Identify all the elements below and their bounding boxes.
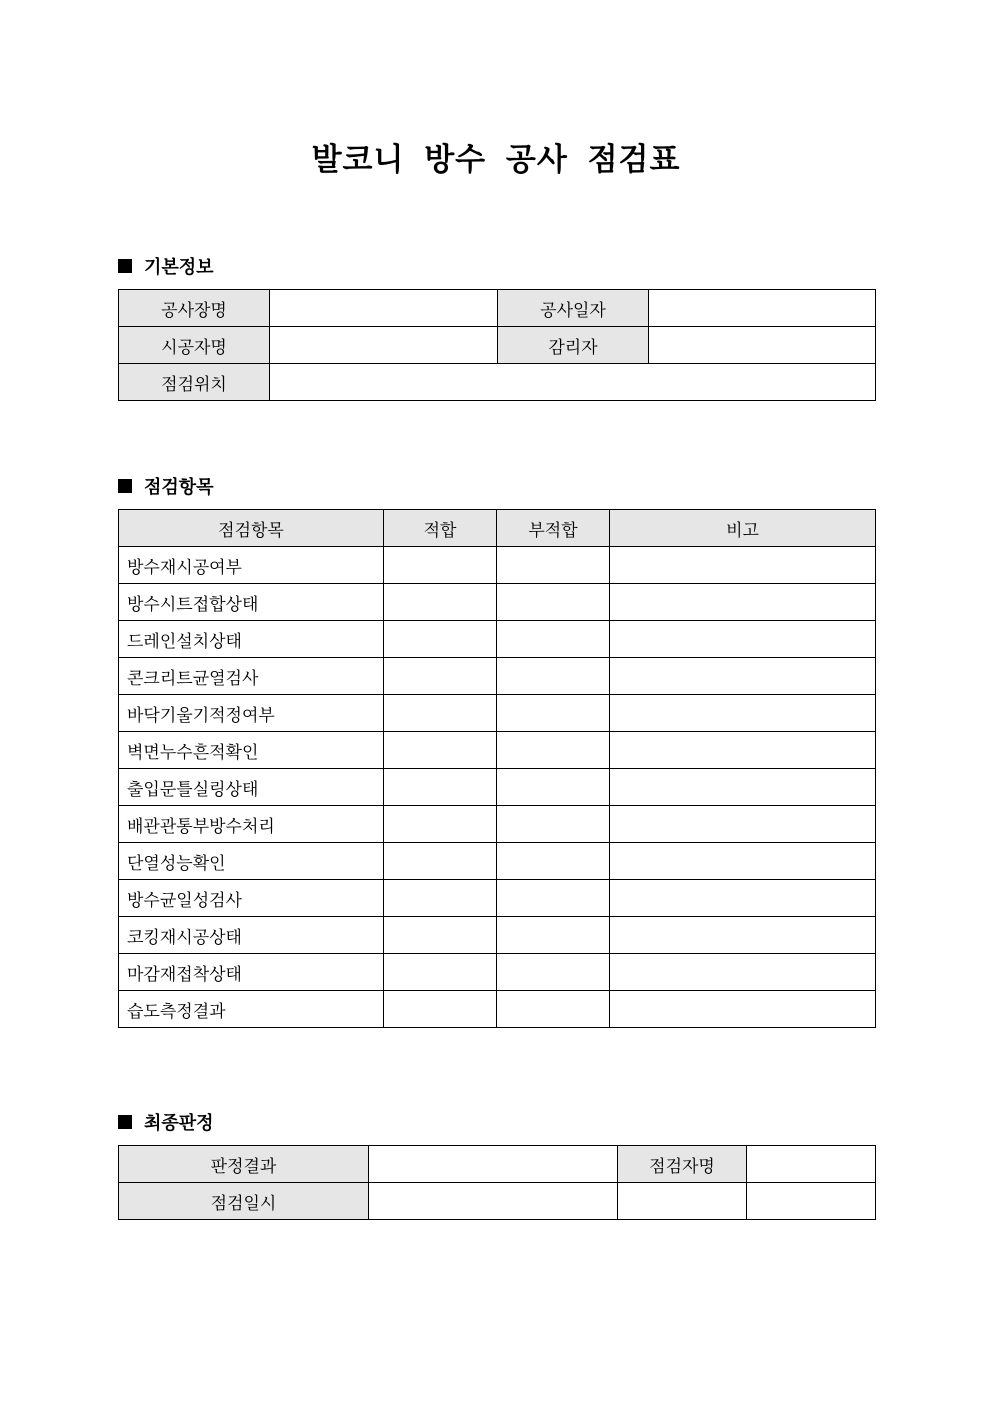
site-name-field[interactable] <box>270 290 498 327</box>
fail-cell[interactable] <box>497 991 610 1028</box>
table-row: 벽면누수흔적확인 <box>119 732 876 769</box>
blank-cell[interactable] <box>747 1183 876 1220</box>
supervisor-label: 감리자 <box>498 327 649 364</box>
pass-cell[interactable] <box>384 806 497 843</box>
blank-cell[interactable] <box>618 1183 747 1220</box>
inspection-location-label: 점검위치 <box>119 364 270 401</box>
note-cell[interactable] <box>610 547 876 584</box>
table-row: 점검일시 <box>119 1183 876 1220</box>
table-row: 단열성능확인 <box>119 843 876 880</box>
table-row: 방수시트접합상태 <box>119 584 876 621</box>
fail-cell[interactable] <box>497 769 610 806</box>
pass-cell[interactable] <box>384 695 497 732</box>
section-heading-inspection: 점검항목 <box>118 473 214 499</box>
inspection-datetime-field[interactable] <box>369 1183 618 1220</box>
column-header-pass: 적합 <box>384 510 497 547</box>
table-row: 습도측정결과 <box>119 991 876 1028</box>
square-bullet-icon <box>118 259 132 273</box>
fail-cell[interactable] <box>497 732 610 769</box>
note-cell[interactable] <box>610 732 876 769</box>
inspection-item: 단열성능확인 <box>119 843 384 880</box>
inspection-item: 방수시트접합상태 <box>119 584 384 621</box>
fail-cell[interactable] <box>497 695 610 732</box>
section-title: 기본정보 <box>144 253 214 279</box>
note-cell[interactable] <box>610 843 876 880</box>
table-row: 바닥기울기적정여부 <box>119 695 876 732</box>
table-row: 마감재접착상태 <box>119 954 876 991</box>
fail-cell[interactable] <box>497 880 610 917</box>
note-cell[interactable] <box>610 954 876 991</box>
site-name-label: 공사장명 <box>119 290 270 327</box>
construction-date-field[interactable] <box>649 290 876 327</box>
pass-cell[interactable] <box>384 769 497 806</box>
inspection-location-field[interactable] <box>270 364 876 401</box>
inspector-name-label: 점검자명 <box>618 1146 747 1183</box>
fail-cell[interactable] <box>497 806 610 843</box>
column-header-fail: 부적합 <box>497 510 610 547</box>
column-header-note: 비고 <box>610 510 876 547</box>
pass-cell[interactable] <box>384 584 497 621</box>
table-row: 출입문틀실링상태 <box>119 769 876 806</box>
judgment-result-field[interactable] <box>369 1146 618 1183</box>
inspection-item: 방수균일성검사 <box>119 880 384 917</box>
note-cell[interactable] <box>610 991 876 1028</box>
table-row: 방수균일성검사 <box>119 880 876 917</box>
section-heading-basic-info: 기본정보 <box>118 253 214 279</box>
note-cell[interactable] <box>610 769 876 806</box>
page-title: 발코니 방수 공사 점검표 <box>0 134 992 179</box>
pass-cell[interactable] <box>384 732 497 769</box>
note-cell[interactable] <box>610 806 876 843</box>
inspection-item: 바닥기울기적정여부 <box>119 695 384 732</box>
fail-cell[interactable] <box>497 843 610 880</box>
inspection-datetime-label: 점검일시 <box>119 1183 369 1220</box>
table-row: 점검위치 <box>119 364 876 401</box>
table-row: 콘크리트균열검사 <box>119 658 876 695</box>
table-header-row: 점검항목 적합 부적합 비고 <box>119 510 876 547</box>
fail-cell[interactable] <box>497 584 610 621</box>
square-bullet-icon <box>118 1115 132 1129</box>
note-cell[interactable] <box>610 695 876 732</box>
section-heading-final: 최종판정 <box>118 1109 214 1135</box>
inspection-item: 습도측정결과 <box>119 991 384 1028</box>
table-row: 시공자명 감리자 <box>119 327 876 364</box>
table-row: 방수재시공여부 <box>119 547 876 584</box>
supervisor-field[interactable] <box>649 327 876 364</box>
table-row: 코킹재시공상태 <box>119 917 876 954</box>
note-cell[interactable] <box>610 621 876 658</box>
pass-cell[interactable] <box>384 991 497 1028</box>
pass-cell[interactable] <box>384 917 497 954</box>
inspection-item: 코킹재시공상태 <box>119 917 384 954</box>
pass-cell[interactable] <box>384 658 497 695</box>
fail-cell[interactable] <box>497 621 610 658</box>
inspector-name-field[interactable] <box>747 1146 876 1183</box>
section-title: 점검항목 <box>144 473 214 499</box>
note-cell[interactable] <box>610 658 876 695</box>
fail-cell[interactable] <box>497 658 610 695</box>
pass-cell[interactable] <box>384 954 497 991</box>
column-header-item: 점검항목 <box>119 510 384 547</box>
pass-cell[interactable] <box>384 880 497 917</box>
judgment-result-label: 판정결과 <box>119 1146 369 1183</box>
square-bullet-icon <box>118 479 132 493</box>
section-title: 최종판정 <box>144 1109 214 1135</box>
note-cell[interactable] <box>610 880 876 917</box>
table-row: 판정결과 점검자명 <box>119 1146 876 1183</box>
note-cell[interactable] <box>610 917 876 954</box>
table-row: 드레인설치상태 <box>119 621 876 658</box>
inspection-table: 점검항목 적합 부적합 비고 방수재시공여부 방수시트접합상태 드레인설치상태 … <box>118 509 876 1028</box>
fail-cell[interactable] <box>497 954 610 991</box>
inspection-item: 벽면누수흔적확인 <box>119 732 384 769</box>
inspection-item: 방수재시공여부 <box>119 547 384 584</box>
pass-cell[interactable] <box>384 547 497 584</box>
inspection-item: 콘크리트균열검사 <box>119 658 384 695</box>
table-row: 공사장명 공사일자 <box>119 290 876 327</box>
table-row: 배관관통부방수처리 <box>119 806 876 843</box>
basic-info-table: 공사장명 공사일자 시공자명 감리자 점검위치 <box>118 289 876 401</box>
final-judgment-table: 판정결과 점검자명 점검일시 <box>118 1145 876 1220</box>
inspection-item: 드레인설치상태 <box>119 621 384 658</box>
pass-cell[interactable] <box>384 843 497 880</box>
note-cell[interactable] <box>610 584 876 621</box>
inspection-item: 배관관통부방수처리 <box>119 806 384 843</box>
contractor-name-field[interactable] <box>270 327 498 364</box>
construction-date-label: 공사일자 <box>498 290 649 327</box>
fail-cell[interactable] <box>497 547 610 584</box>
pass-cell[interactable] <box>384 621 497 658</box>
contractor-name-label: 시공자명 <box>119 327 270 364</box>
inspection-item: 마감재접착상태 <box>119 954 384 991</box>
inspection-item: 출입문틀실링상태 <box>119 769 384 806</box>
fail-cell[interactable] <box>497 917 610 954</box>
